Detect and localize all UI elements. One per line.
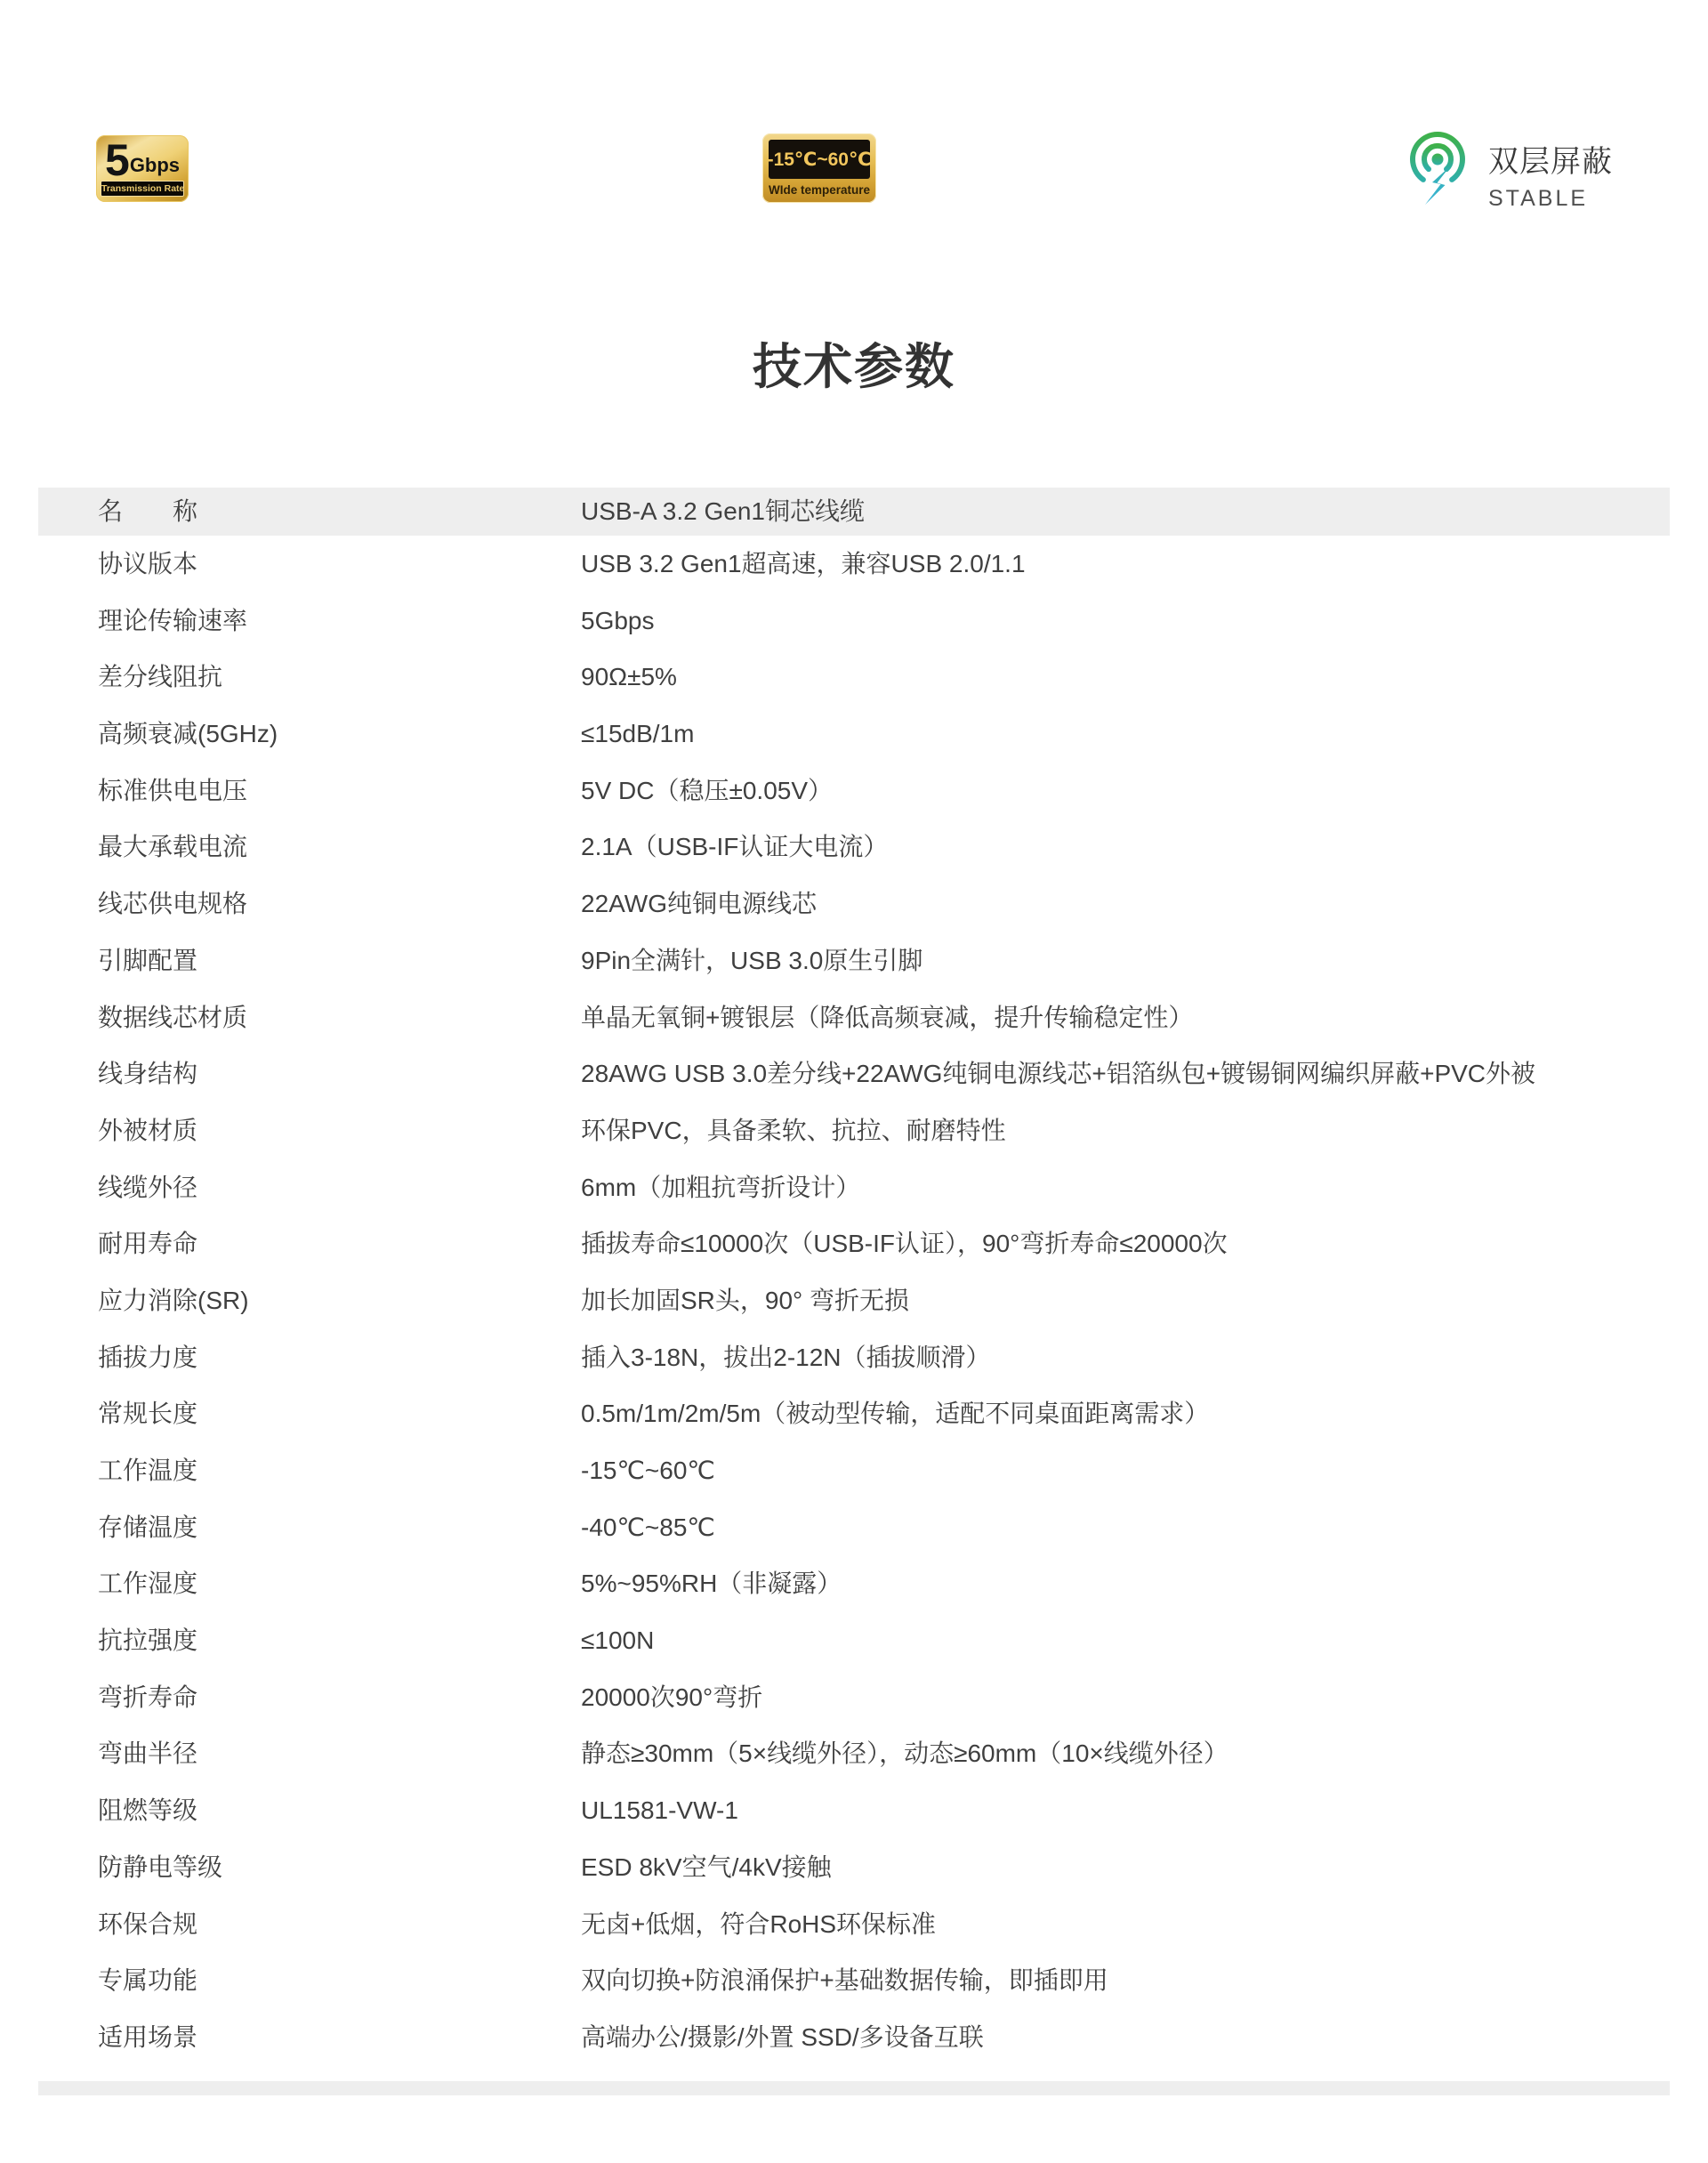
table-row: 名 称USB-A 3.2 Gen1铜芯线缆	[38, 488, 1670, 536]
spec-label: 应力消除(SR)	[38, 1286, 581, 1316]
table-row: 协议版本USB 3.2 Gen1超高速，兼容USB 2.0/1.1	[38, 536, 1670, 593]
table-row: 引脚配置9Pin全满针，USB 3.0原生引脚	[38, 932, 1670, 989]
spec-label: 标准供电电压	[38, 776, 581, 806]
spec-value: ≤100N	[581, 1626, 1670, 1656]
spec-value: 5%~95%RH（非凝露）	[581, 1569, 1670, 1599]
spec-label: 协议版本	[38, 549, 581, 579]
spec-value: 22AWG纯铜电源线芯	[581, 889, 1670, 919]
temperature-caption: WIde temperature	[762, 182, 876, 198]
spec-value: 无卤+低烟，符合RoHS环保标准	[581, 1909, 1670, 1940]
spec-label: 常规长度	[38, 1399, 581, 1429]
temperature-range: -15℃~60℃	[769, 140, 870, 179]
spec-value: USB-A 3.2 Gen1铜芯线缆	[581, 496, 1670, 527]
spec-value: 高端办公/摄影/外置 SSD/多设备互联	[581, 2022, 1670, 2053]
spec-label: 防静电等级	[38, 1852, 581, 1883]
spec-label: 差分线阻抗	[38, 662, 581, 692]
table-row: 线芯供电规格22AWG纯铜电源线芯	[38, 876, 1670, 932]
table-row: 理论传输速率5Gbps	[38, 593, 1670, 650]
table-row: 专属功能双向切换+防浪涌保护+基础数据传输，即插即用	[38, 1952, 1670, 2009]
next-section-strip	[38, 2081, 1670, 2095]
spec-value: -15℃~60℃	[581, 1456, 1670, 1486]
table-row: 常规长度0.5m/1m/2m/5m（被动型传输，适配不同桌面距离需求）	[38, 1385, 1670, 1442]
spec-value: 5Gbps	[581, 606, 1670, 636]
table-row: 存储温度-40℃~85℃	[38, 1499, 1670, 1556]
spec-value: 插拔寿命≤10000次（USB-IF认证），90°弯折寿命≤20000次	[581, 1229, 1670, 1259]
table-row: 线身结构28AWG USB 3.0差分线+22AWG纯铜电源线芯+铝箔纵包+镀锡…	[38, 1045, 1670, 1102]
table-row: 防静电等级ESD 8kV空气/4kV接触	[38, 1839, 1670, 1896]
spec-value: 环保PVC，具备柔软、抗拉、耐磨特性	[581, 1116, 1670, 1146]
table-row: 外被材质环保PVC，具备柔软、抗拉、耐磨特性	[38, 1102, 1670, 1159]
spec-label: 数据线芯材质	[38, 1003, 581, 1033]
table-row: 应力消除(SR)加长加固SR头，90° 弯折无损	[38, 1272, 1670, 1329]
spec-label: 专属功能	[38, 1965, 581, 1996]
shield-badge-title: 双层屏蔽	[1488, 137, 1613, 181]
spec-label: 弯曲半径	[38, 1739, 581, 1769]
spec-label: 适用场景	[38, 2022, 581, 2053]
table-row: 工作湿度5%~95%RH（非凝露）	[38, 1555, 1670, 1612]
spec-page: 5Gbps Transmission Rate -15℃~60℃ WIde te…	[0, 0, 1708, 2163]
spec-label: 抗拉强度	[38, 1626, 581, 1656]
spec-value: 28AWG USB 3.0差分线+22AWG纯铜电源线芯+铝箔纵包+镀锡铜网编织…	[581, 1059, 1670, 1089]
spec-label: 插拔力度	[38, 1343, 581, 1373]
spec-value: 6mm（加粗抗弯折设计）	[581, 1173, 1670, 1203]
spec-label: 名 称	[38, 496, 581, 527]
table-row: 阻燃等级UL1581-VW-1	[38, 1782, 1670, 1839]
spec-label: 环保合规	[38, 1909, 581, 1940]
spec-label: 线缆外径	[38, 1173, 581, 1203]
speed-caption: Transmission Rate	[101, 181, 184, 197]
shield-badge: 双层屏蔽 STABLE	[1408, 130, 1613, 210]
table-row: 差分线阻抗90Ω±5%	[38, 649, 1670, 706]
spec-value: 双向切换+防浪涌保护+基础数据传输，即插即用	[581, 1965, 1670, 1996]
table-row: 环保合规无卤+低烟，符合RoHS环保标准	[38, 1896, 1670, 1953]
speed-badge: 5Gbps Transmission Rate	[96, 135, 189, 202]
spec-label: 理论传输速率	[38, 606, 581, 636]
speed-value: 5Gbps	[105, 137, 180, 182]
spec-table: 名 称USB-A 3.2 Gen1铜芯线缆协议版本USB 3.2 Gen1超高速…	[38, 488, 1670, 2066]
table-row: 耐用寿命插拔寿命≤10000次（USB-IF认证），90°弯折寿命≤20000次	[38, 1215, 1670, 1272]
spec-value: 0.5m/1m/2m/5m（被动型传输，适配不同桌面距离需求）	[581, 1399, 1670, 1429]
spec-value: 单晶无氧铜+镀银层（降低高频衰减，提升传输稳定性）	[581, 1003, 1670, 1033]
spec-value: 静态≥30mm（5×线缆外径），动态≥60mm（10×线缆外径）	[581, 1739, 1670, 1769]
spec-value: 加长加固SR头，90° 弯折无损	[581, 1286, 1670, 1316]
table-row: 适用场景高端办公/摄影/外置 SSD/多设备互联	[38, 2009, 1670, 2066]
spec-label: 耐用寿命	[38, 1229, 581, 1259]
shield-signal-icon	[1408, 130, 1467, 208]
spec-value: 2.1A（USB-IF认证大电流）	[581, 832, 1670, 862]
speed-unit: Gbps	[130, 154, 180, 176]
spec-value: USB 3.2 Gen1超高速，兼容USB 2.0/1.1	[581, 549, 1670, 579]
spec-value: ESD 8kV空气/4kV接触	[581, 1852, 1670, 1883]
spec-label: 工作温度	[38, 1456, 581, 1486]
table-row: 弯折寿命20000次90°弯折	[38, 1669, 1670, 1726]
spec-label: 高频衰减(5GHz)	[38, 719, 581, 749]
spec-label: 线身结构	[38, 1059, 581, 1089]
spec-value: 20000次90°弯折	[581, 1683, 1670, 1713]
spec-value: -40℃~85℃	[581, 1513, 1670, 1543]
table-row: 插拔力度插入3-18N，拔出2-12N（插拔顺滑）	[38, 1329, 1670, 1386]
table-row: 数据线芯材质单晶无氧铜+镀银层（降低高频衰减，提升传输稳定性）	[38, 989, 1670, 1046]
table-row: 标准供电电压5V DC（稳压±0.05V）	[38, 763, 1670, 819]
table-row: 弯曲半径静态≥30mm（5×线缆外径），动态≥60mm（10×线缆外径）	[38, 1725, 1670, 1782]
table-row: 线缆外径6mm（加粗抗弯折设计）	[38, 1159, 1670, 1216]
page-title: 技术参数	[0, 327, 1708, 398]
spec-value: ≤15dB/1m	[581, 719, 1670, 749]
table-row: 高频衰减(5GHz)≤15dB/1m	[38, 706, 1670, 763]
spec-label: 引脚配置	[38, 946, 581, 976]
table-row: 最大承载电流2.1A（USB-IF认证大电流）	[38, 819, 1670, 876]
spec-label: 弯折寿命	[38, 1683, 581, 1713]
spec-value: UL1581-VW-1	[581, 1796, 1670, 1826]
spec-label: 线芯供电规格	[38, 889, 581, 919]
shield-badge-text: 双层屏蔽 STABLE	[1488, 130, 1613, 210]
table-row: 抗拉强度≤100N	[38, 1612, 1670, 1669]
spec-label: 工作湿度	[38, 1569, 581, 1599]
table-row: 工作温度-15℃~60℃	[38, 1442, 1670, 1499]
spec-label: 存储温度	[38, 1513, 581, 1543]
spec-value: 9Pin全满针，USB 3.0原生引脚	[581, 946, 1670, 976]
spec-value: 90Ω±5%	[581, 662, 1670, 692]
speed-number: 5	[105, 135, 128, 185]
spec-value: 5V DC（稳压±0.05V）	[581, 776, 1670, 806]
spec-label: 阻燃等级	[38, 1796, 581, 1826]
shield-badge-subtitle: STABLE	[1488, 186, 1613, 212]
spec-value: 插入3-18N，拔出2-12N（插拔顺滑）	[581, 1343, 1670, 1373]
spec-label: 外被材质	[38, 1116, 581, 1146]
spec-label: 最大承载电流	[38, 832, 581, 862]
temperature-badge: -15℃~60℃ WIde temperature	[762, 133, 876, 203]
